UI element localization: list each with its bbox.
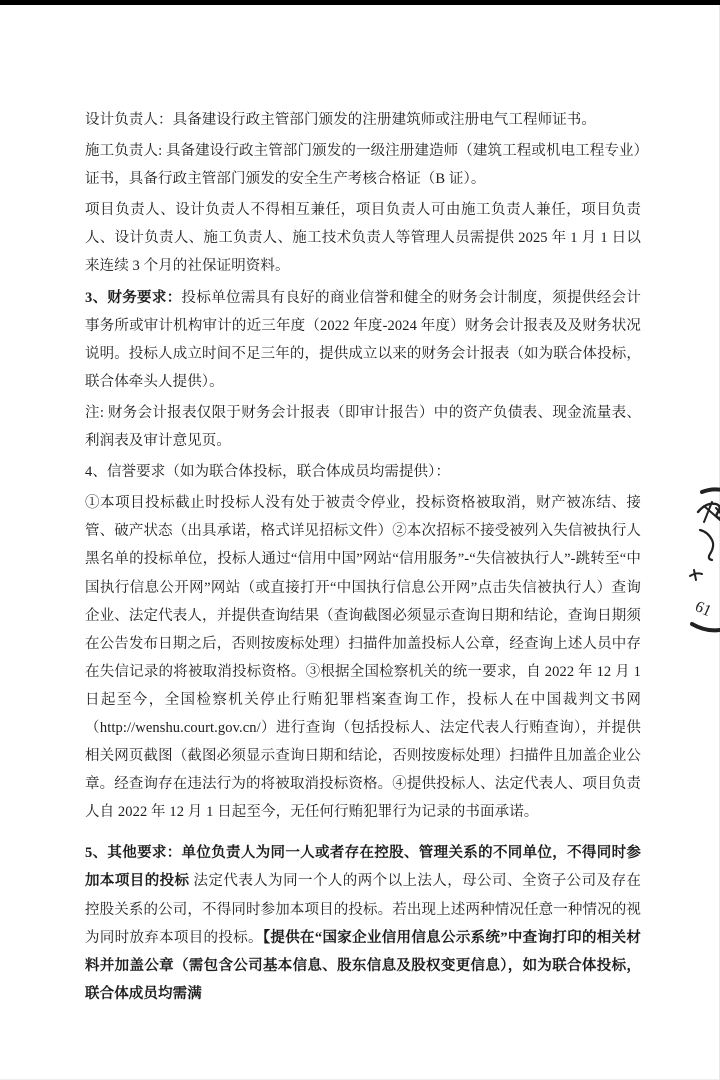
text-run: 注: 财务会计报表仅限于财务会计报表（即审计报告）中的资产负债表、现金流量表、利… xyxy=(85,405,641,449)
margin-mark-digits: 61 xyxy=(692,598,714,620)
paragraph-credit-requirement-items: ①本项目投标截止时投标人没有处于被责令停业，投标资格被取消，财产被冻结、接管、破… xyxy=(85,489,641,826)
text-run: 施工负责人: 具备建设行政主管部门颁发的一级注册建造师（建筑工程或机电工程专业）… xyxy=(85,143,641,187)
bold-text-run: 3、财务要求： xyxy=(85,290,182,306)
margin-stamp-mark: 61 xyxy=(654,478,720,638)
paragraph-other-requirements: 5、其他要求：单位负责人为同一人或者存在控股、管理关系的不同单位，不得同时参加本… xyxy=(85,839,641,1008)
document-body: 设计负责人：具备建设行政主管部门颁发的注册建筑师或注册电气工程师证书。施工负责人… xyxy=(85,106,641,1011)
paragraph-financial-note: 注: 财务会计报表仅限于财务会计报表（即审计报告）中的资产负债表、现金流量表、利… xyxy=(85,399,641,455)
paragraph-financial-requirement: 3、财务要求：投标单位需具有良好的商业信誉和健全的财务会计制度，须提供经会计事务… xyxy=(85,284,641,396)
paragraph-design-lead-requirement: 设计负责人：具备建设行政主管部门颁发的注册建筑师或注册电气工程师证书。 xyxy=(85,106,641,134)
paragraph-concurrent-roles-requirement: 项目负责人、设计负责人不得相互兼任，项目负责人可由施工负责人兼任，项目负责人、设… xyxy=(85,196,641,280)
paragraph-construction-lead-requirement: 施工负责人: 具备建设行政主管部门颁发的一级注册建造师（建筑工程或机电工程专业）… xyxy=(85,137,641,193)
text-run: ①本项目投标截止时投标人没有处于被责令停业，投标资格被取消，财产被冻结、接管、破… xyxy=(85,495,641,820)
text-run: 项目负责人、设计负责人不得相互兼任，项目负责人可由施工负责人兼任，项目负责人、设… xyxy=(85,202,641,274)
text-run: 4、信誉要求（如为联合体投标，联合体成员均需提供）： xyxy=(85,464,450,480)
scanned-document-page: 设计负责人：具备建设行政主管部门颁发的注册建筑师或注册电气工程师证书。施工负责人… xyxy=(0,0,720,1080)
paragraph-credit-requirement-heading: 4、信誉要求（如为联合体投标，联合体成员均需提供）： xyxy=(85,458,641,486)
text-run: 设计负责人：具备建设行政主管部门颁发的注册建筑师或注册电气工程师证书。 xyxy=(85,112,596,128)
handwritten-mark-icon: 61 xyxy=(654,478,720,638)
scan-edge-artifact xyxy=(0,0,720,5)
